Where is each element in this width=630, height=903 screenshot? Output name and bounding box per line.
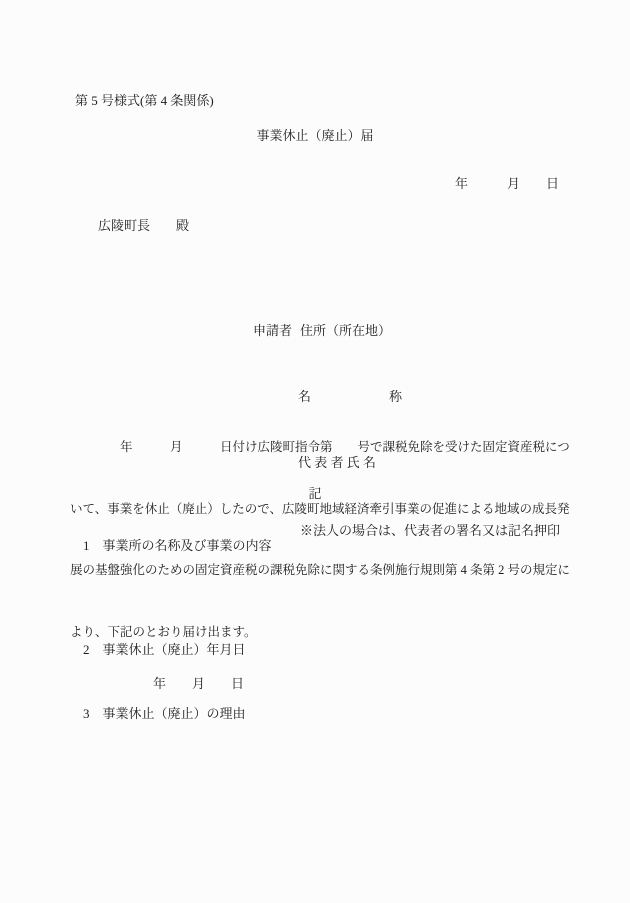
- applicant-label: 申請者: [253, 320, 292, 342]
- item-1-label: 事業所の名称及び事業の内容: [103, 538, 272, 555]
- item-1-number: 1: [83, 538, 90, 555]
- applicant-address-label: 住所（所在地）: [300, 320, 391, 342]
- item-3-label: 事業休止（廃止）の理由: [103, 706, 246, 723]
- item-3-number: 3: [83, 706, 90, 723]
- submission-date-field: 年 月 日: [455, 176, 559, 193]
- item-2-suspension-date: 2 事業休止（廃止）年月日: [83, 642, 246, 659]
- item-2-label: 事業休止（廃止）年月日: [103, 642, 246, 659]
- body-line-1: 年 月 日付け広陵町指令第 号で課税免除を受けた固定資産税につ: [70, 437, 570, 458]
- addressee-name: 広陵町長: [98, 218, 150, 233]
- item-1-business-name: 1 事業所の名称及び事業の内容: [83, 538, 272, 555]
- suspension-date-field: 年 月 日: [153, 676, 244, 693]
- form-number: 第 5 号様式(第 4 条関係): [75, 93, 214, 110]
- document-title: 事業休止（廃止）届: [0, 128, 630, 145]
- item-3-suspension-reason: 3 事業休止（廃止）の理由: [83, 706, 246, 723]
- addressee-line: 広陵町長殿: [85, 201, 189, 252]
- item-2-number: 2: [83, 642, 90, 659]
- body-line-3: 展の基盤強化のための固定資産税の課税免除に関する条例施行規則第 4 条第 2 号…: [70, 560, 570, 581]
- section-marker-ki: 記: [0, 486, 630, 503]
- body-line-4: より、下記のとおり届け出ます。: [70, 622, 570, 643]
- applicant-address-row: 申請者 住所（所在地）: [253, 320, 560, 342]
- document-page: 第 5 号様式(第 4 条関係) 事業休止（廃止）届 年 月 日 広陵町長殿 申…: [0, 0, 630, 903]
- addressee-honorific: 殿: [176, 218, 189, 233]
